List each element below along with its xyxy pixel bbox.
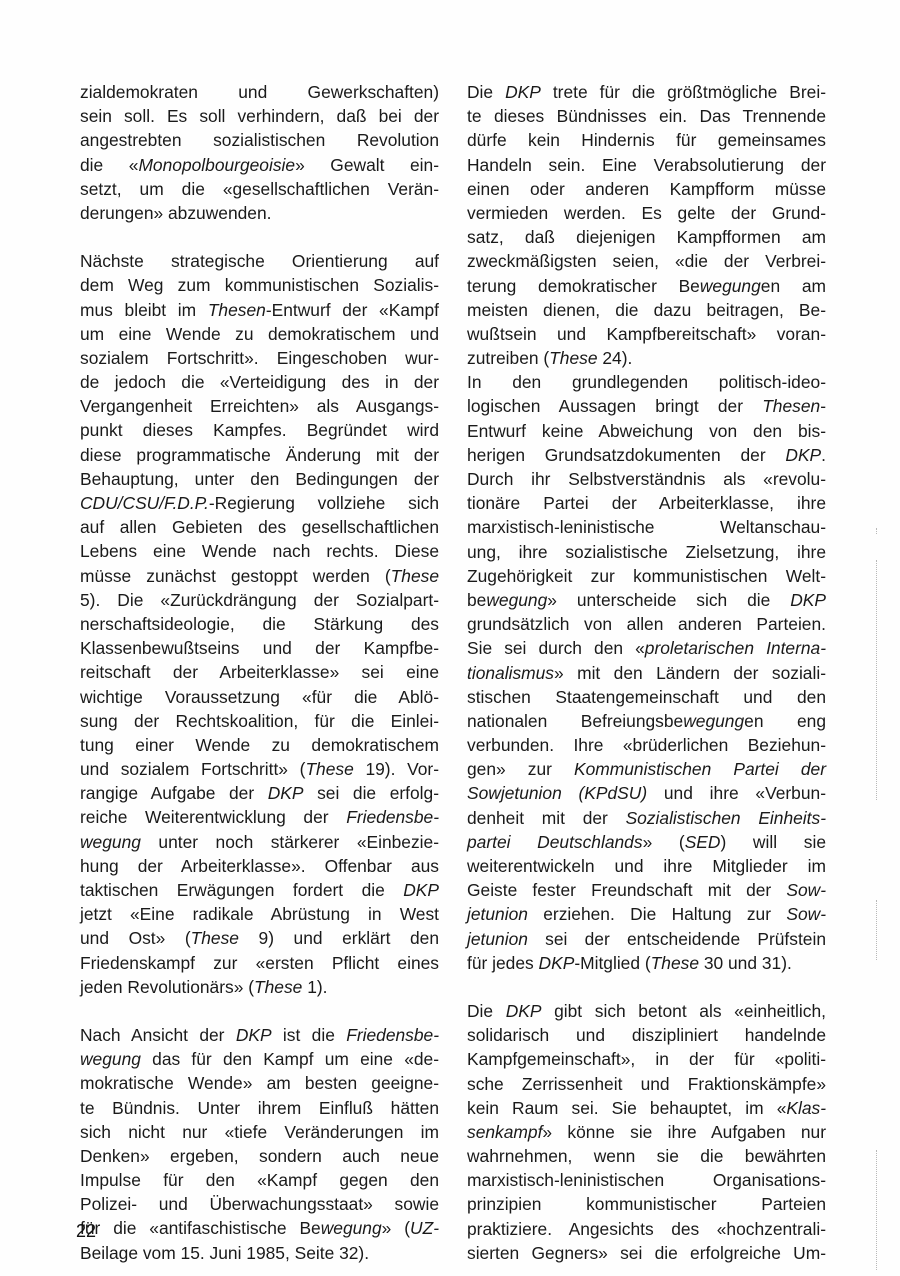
text-line: nerschaftsideologie, die Stärkung des <box>80 612 439 636</box>
text-line: müsse zunächst gestoppt werden (These <box>80 564 439 588</box>
text-line: Lebens eine Wende nach rechts. Diese <box>80 539 439 563</box>
text-line: denheit mit der Sozialistischen Einheits… <box>467 806 826 830</box>
text-line: setzt, um die «gesellschaftlichen Verän- <box>80 177 439 201</box>
text-line: prinzipien kommunistischer Parteien <box>467 1192 826 1216</box>
text-line: wegung das für den Kampf um eine «de- <box>80 1047 439 1071</box>
text-line: punkt dieses Kampfes. Begründet wird <box>80 418 439 442</box>
text-line: satz, daß diejenigen Kampfformen am <box>467 225 826 249</box>
text-line: vermieden werden. Es gelte der Grund- <box>467 201 826 225</box>
text-line: zweckmäßigsten seien, «die der Verbrei- <box>467 249 826 273</box>
text-line: zialdemokraten und Gewerkschaften) <box>80 80 439 104</box>
text-line: Beilage vom 15. Juni 1985, Seite 32). <box>80 1241 439 1265</box>
text-line: angestrebten sozialistischen Revolution <box>80 128 439 152</box>
text-line: für die «antifaschistische Bewegung» (UZ… <box>80 1216 439 1240</box>
text-line: Durch ihr Selbstverständnis als «revolu- <box>467 467 826 491</box>
text-line: Klassenbewußtseins und der Kampfbe- <box>80 636 439 660</box>
text-line: Nach Ansicht der DKP ist die Friedensbe- <box>80 1023 439 1047</box>
text-line: sein soll. Es soll verhindern, daß bei d… <box>80 104 439 128</box>
text-line: jetunion sei der entscheidende Prüfstein <box>467 927 826 951</box>
text-line: logischen Aussagen bringt der Thesen- <box>467 394 826 418</box>
text-line: Vergangenheit Erreichten» als Ausgangs- <box>80 394 439 418</box>
text-line: jeden Revolutionärs» (These 1). <box>80 975 439 999</box>
text-line: Die DKP trete für die größtmögliche Brei… <box>467 80 826 104</box>
text-line: wußtsein und Kampfbereitschaft» voran- <box>467 322 826 346</box>
text-line: sozialem Fortschritt». Eingeschoben wur- <box>80 346 439 370</box>
scan-artifact <box>876 1150 878 1270</box>
text-line: Sowjetunion (KPdSU) und ihre «Verbun- <box>467 781 826 805</box>
text-line: Impulse für den «Kampf gegen den <box>80 1168 439 1192</box>
text-line: sche Zerrissenheit und Fraktionskämpfe» <box>467 1072 826 1096</box>
scan-artifact <box>876 560 878 800</box>
paragraph: zialdemokraten und Gewerkschaften) sein … <box>80 80 439 225</box>
text-line: praktiziere. Angesichts des «hochzentral… <box>467 1217 826 1241</box>
text-line: sierten Gegners» sei die erfolgreiche Um… <box>467 1241 826 1265</box>
page-number: 22 <box>76 1221 96 1242</box>
text-line: te Bündnis. Unter ihrem Einfluß hätten <box>80 1096 439 1120</box>
document-page: zialdemokraten und Gewerkschaften) sein … <box>0 0 900 1276</box>
text-line: marxistisch-leninistische Weltanschau- <box>467 515 826 539</box>
text-line: hung der Arbeiterklasse». Offenbar aus <box>80 854 439 878</box>
text-line: Sie sei durch den «proletarischen Intern… <box>467 636 826 660</box>
text-line: rangige Aufgabe der DKP sei die erfolg- <box>80 781 439 805</box>
text-line: Polizei- und Überwachungsstaat» sowie <box>80 1192 439 1216</box>
text-line: grundsätzlich von allen anderen Parteien… <box>467 612 826 636</box>
text-line: terung demokratischer Bewegungen am <box>467 274 826 298</box>
text-line: Die DKP gibt sich betont als «einheitlic… <box>467 999 826 1023</box>
text-line: reitschaft der Arbeiterklasse» sei eine <box>80 660 439 684</box>
paragraph: Nach Ansicht der DKP ist die Friedensbe-… <box>80 1023 439 1265</box>
paragraph: In den grundlegenden politisch-ideo- log… <box>467 370 826 975</box>
text-line: dürfe kein Hindernis für gemeinsames <box>467 128 826 152</box>
text-line: dem Weg zum kommunistischen Sozialis- <box>80 273 439 297</box>
text-line: wichtige Voraussetzung «für die Ablö- <box>80 685 439 709</box>
scan-artifact <box>876 900 878 960</box>
text-line: mokratische Wende» am besten geeigne- <box>80 1071 439 1095</box>
text-line: und Ost» (These 9) und erklärt den <box>80 926 439 950</box>
left-column: zialdemokraten und Gewerkschaften) sein … <box>80 80 439 1265</box>
text-line: sung der Rechtskoalition, für die Einlei… <box>80 709 439 733</box>
text-line: kein Raum sei. Sie behauptet, im «Klas- <box>467 1096 826 1120</box>
text-line: Zugehörigkeit zur kommunistischen Welt- <box>467 564 826 588</box>
text-line: partei Deutschlands» (SED) will sie <box>467 830 826 854</box>
text-line: wegung unter noch stärkerer «Einbezie- <box>80 830 439 854</box>
text-line: solidarisch und diszipliniert handelnde <box>467 1023 826 1047</box>
right-column: Die DKP trete für die größtmögliche Brei… <box>467 80 826 1265</box>
text-line: stischen Staatengemeinschaft und den <box>467 685 826 709</box>
text-line: Nächste strategische Orientierung auf <box>80 249 439 273</box>
text-line: reiche Weiterentwicklung der Friedensbe- <box>80 805 439 829</box>
paragraph: Die DKP trete für die größtmögliche Brei… <box>467 80 826 370</box>
text-line: jetunion erziehen. Die Haltung zur Sow- <box>467 902 826 926</box>
text-line: mus bleibt im Thesen-Entwurf der «Kampf <box>80 298 439 322</box>
text-line: senkampf» könne sie ihre Aufgaben nur <box>467 1120 826 1144</box>
text-line: CDU/CSU/F.D.P.-Regierung vollziehe sich <box>80 491 439 515</box>
text-line: tionäre Partei der Arbeiterklasse, ihre <box>467 491 826 515</box>
text-line: Geiste fester Freundschaft mit der Sow- <box>467 878 826 902</box>
text-line: tionalismus» mit den Ländern der soziali… <box>467 661 826 685</box>
text-line: herigen Grundsatzdokumenten der DKP. <box>467 443 826 467</box>
text-line: tung einer Wende zu demokratischem <box>80 733 439 757</box>
text-line: diese programmatische Änderung mit der <box>80 443 439 467</box>
text-line: und sozialem Fortschritt» (These 19). Vo… <box>80 757 439 781</box>
paragraph: Nächste strategische Orientierung auf de… <box>80 249 439 999</box>
text-line: weiterentwickeln und ihre Mitglieder im <box>467 854 826 878</box>
scan-artifact <box>876 528 878 534</box>
text-line: marxistisch-leninistischen Organisations… <box>467 1168 826 1192</box>
text-line: wahrnehmen, wenn sie die bewährten <box>467 1144 826 1168</box>
text-line: für jedes DKP-Mitglied (These 30 und 31)… <box>467 951 826 975</box>
paragraph: Die DKP gibt sich betont als «einheitlic… <box>467 999 826 1265</box>
text-line: um eine Wende zu demokratischem und <box>80 322 439 346</box>
text-line: meisten dienen, die dazu beitragen, Be- <box>467 298 826 322</box>
text-line: bewegung» unterscheide sich die DKP <box>467 588 826 612</box>
text-line: Denken» ergeben, sondern auch neue <box>80 1144 439 1168</box>
text-line: Handeln sein. Eine Verabsolutierung der <box>467 153 826 177</box>
text-line: te dieses Bündnisses ein. Das Trennende <box>467 104 826 128</box>
text-line: taktischen Erwägungen fordert die DKP <box>80 878 439 902</box>
text-line: verbunden. Ihre «brüderlichen Beziehun- <box>467 733 826 757</box>
text-line: sich nicht nur «tiefe Veränderungen im <box>80 1120 439 1144</box>
text-line: Kampfgemeinschaft», in der für «politi- <box>467 1047 826 1071</box>
text-line: gen» zur Kommunistischen Partei der <box>467 757 826 781</box>
text-line: auf allen Gebieten des gesellschaftliche… <box>80 515 439 539</box>
text-line: Behauptung, unter den Bedingungen der <box>80 467 439 491</box>
text-line: In den grundlegenden politisch-ideo- <box>467 370 826 394</box>
text-line: ung, ihre sozialistische Zielsetzung, ih… <box>467 540 826 564</box>
text-line: 5). Die «Zurückdrängung der Sozialpart- <box>80 588 439 612</box>
text-line: Entwurf keine Abweichung von den bis- <box>467 419 826 443</box>
text-line: Friedenskampf zur «ersten Pflicht eines <box>80 951 439 975</box>
text-line: die «Monopolbourgeoisie» Gewalt ein- <box>80 153 439 177</box>
text-line: einen oder anderen Kampfform müsse <box>467 177 826 201</box>
text-line: jetzt «Eine radikale Abrüstung in West <box>80 902 439 926</box>
text-line: derungen» abzuwenden. <box>80 201 439 225</box>
text-line: de jedoch die «Verteidigung des in der <box>80 370 439 394</box>
text-line: zutreiben (These 24). <box>467 346 826 370</box>
text-line: nationalen Befreiungsbewegungen eng <box>467 709 826 733</box>
